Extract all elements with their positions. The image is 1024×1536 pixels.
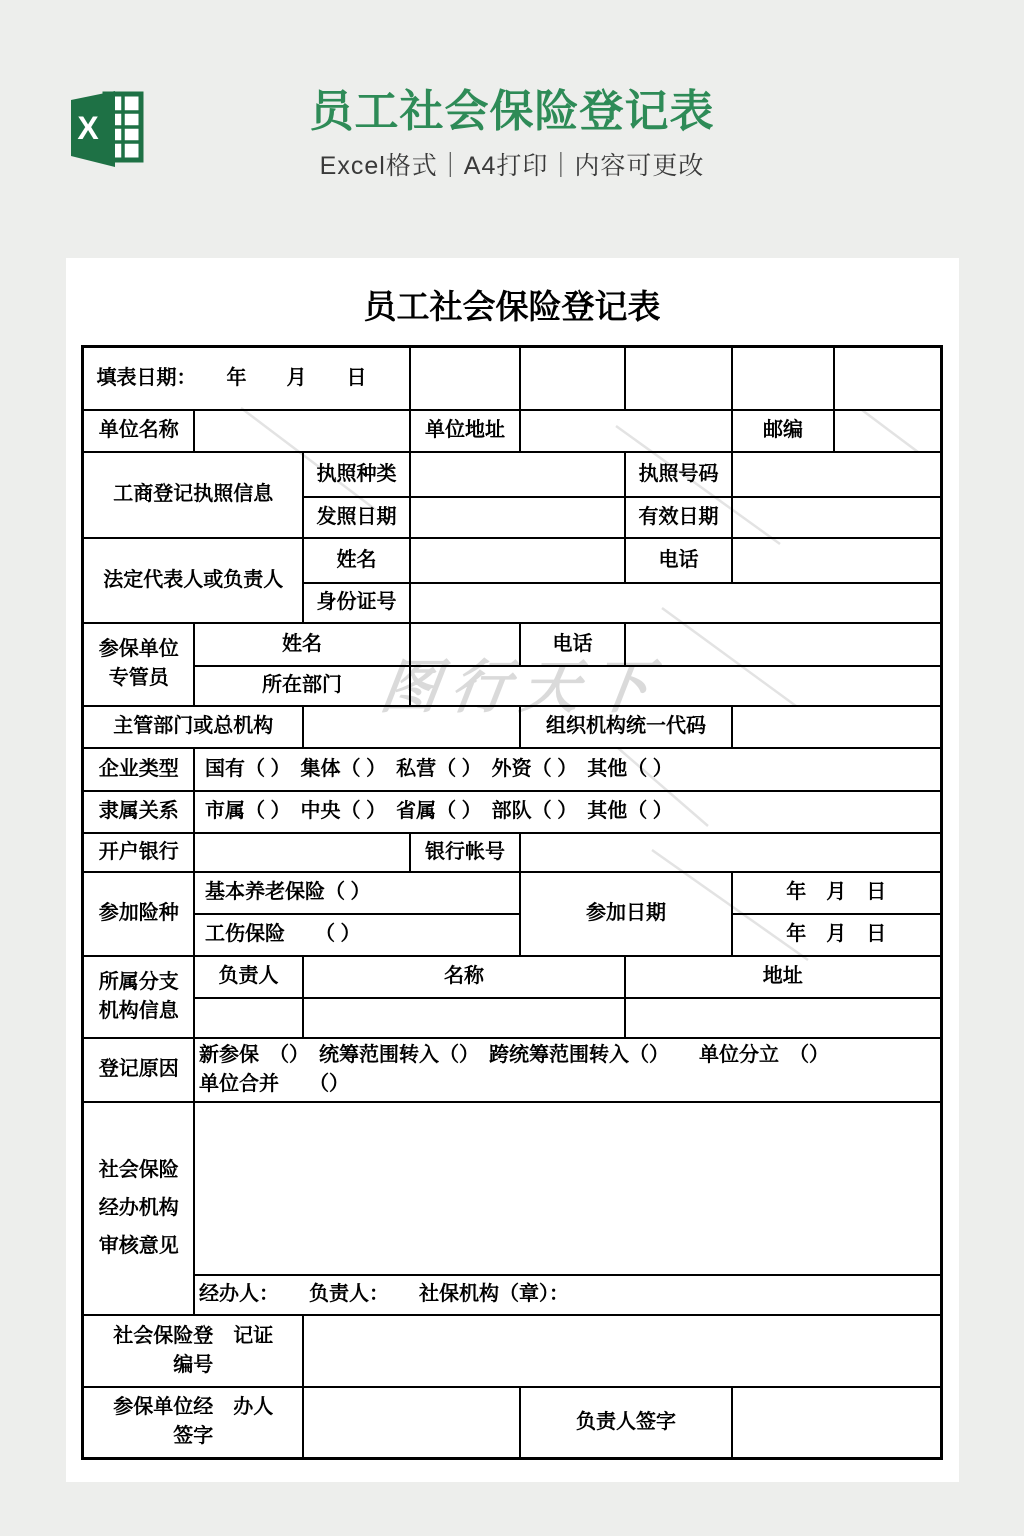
input-cell-org-code[interactable] bbox=[732, 706, 941, 748]
input-cell-branch-address[interactable] bbox=[625, 998, 941, 1038]
input-cell[interactable] bbox=[625, 347, 732, 410]
input-cell-unit-name[interactable] bbox=[194, 410, 410, 452]
label-unit-name: 单位名称 bbox=[83, 410, 194, 452]
row-authority: 主管部门或总机构 组织机构统一代码 bbox=[83, 706, 941, 748]
input-cell-review-opinion[interactable] bbox=[194, 1102, 941, 1275]
label-affiliation: 隶属关系 bbox=[83, 791, 194, 833]
label-insurance-type: 参加险种 bbox=[83, 872, 194, 956]
page-subtitle: Excel格式｜A4打印｜内容可更改 bbox=[0, 146, 1024, 182]
label-branch-info: 所属分支 机构信息 bbox=[83, 956, 194, 1038]
form-title: 员工社会保险登记表 bbox=[66, 258, 959, 345]
label-unit-signer: 参保单位经 办人 签字 bbox=[83, 1387, 303, 1459]
label-specialist: 参保单位 专管员 bbox=[83, 623, 194, 706]
label-reason: 登记原因 bbox=[83, 1038, 194, 1102]
row-bank: 开户银行 银行帐号 bbox=[83, 833, 941, 872]
options-affiliation[interactable]: 市属（ ） 中央（ ） 省属（ ） 部队（ ） 其他（ ） bbox=[194, 791, 941, 833]
input-cell-authority[interactable] bbox=[303, 706, 520, 748]
input-cell-cert-no[interactable] bbox=[303, 1315, 941, 1387]
row-fill-date: 填表日期： 年 月 日 bbox=[83, 347, 941, 410]
label-postal-code: 邮编 bbox=[732, 410, 834, 452]
input-cell-postal-code[interactable] bbox=[834, 410, 941, 452]
input-cell-name[interactable] bbox=[410, 538, 625, 583]
svg-text:X: X bbox=[77, 110, 99, 146]
input-cell-unit-address[interactable] bbox=[520, 410, 732, 452]
label-authority: 主管部门或总机构 bbox=[83, 706, 303, 748]
date-cell-injury[interactable]: 年 月 日 bbox=[732, 914, 941, 956]
page-header: X 员工社会保险登记表 Excel格式｜A4打印｜内容可更改 bbox=[0, 0, 1024, 258]
input-cell-id-no[interactable] bbox=[410, 583, 941, 623]
input-cell-license-no[interactable] bbox=[732, 452, 941, 497]
label-branch-name: 名称 bbox=[303, 956, 625, 998]
input-cell-bank-account[interactable] bbox=[520, 833, 941, 872]
option-injury[interactable]: 工伤保险 （ ） bbox=[194, 914, 520, 956]
input-cell[interactable] bbox=[520, 347, 625, 410]
row-specialist-2: 所在部门 bbox=[83, 666, 941, 706]
input-cell-bank[interactable] bbox=[194, 833, 410, 872]
label-license-info: 工商登记执照信息 bbox=[83, 452, 303, 538]
input-cell-phone[interactable] bbox=[625, 623, 941, 666]
input-cell-head-signature[interactable] bbox=[732, 1387, 941, 1459]
row-license-1: 工商登记执照信息 执照种类 执照号码 bbox=[83, 452, 941, 497]
row-reason: 登记原因 新参保 （） 统筹范围转入（） 跨统筹范围转入（） 单位分立 （） 单… bbox=[83, 1038, 941, 1102]
input-cell-valid-date[interactable] bbox=[732, 497, 941, 538]
label-valid-date: 有效日期 bbox=[625, 497, 732, 538]
input-cell-issue-date[interactable] bbox=[410, 497, 625, 538]
input-cell-license-type[interactable] bbox=[410, 452, 625, 497]
row-unit: 单位名称 单位地址 邮编 bbox=[83, 410, 941, 452]
row-review-2: 经办人： 负责人： 社保机构（章）： bbox=[83, 1275, 941, 1315]
page-title: 员工社会保险登记表 bbox=[0, 88, 1024, 136]
label-cert-no: 社会保险登 记证 编号 bbox=[83, 1315, 303, 1387]
date-cell-pension[interactable]: 年 月 日 bbox=[732, 872, 941, 914]
row-signature: 参保单位经 办人 签字 负责人签字 bbox=[83, 1387, 941, 1459]
row-insurance-1: 参加险种 基本养老保险（ ） 参加日期 年 月 日 bbox=[83, 872, 941, 914]
option-pension[interactable]: 基本养老保险（ ） bbox=[194, 872, 520, 914]
input-cell[interactable] bbox=[732, 347, 834, 410]
excel-logo-icon: X bbox=[63, 86, 149, 172]
registration-form-table: 填表日期： 年 月 日 单位名称 单位地址 邮编 工商登记执照信息 执照种类 执 bbox=[81, 345, 942, 1460]
options-enterprise-type[interactable]: 国有（ ） 集体（ ） 私营（ ） 外资（ ） 其他（ ） bbox=[194, 748, 941, 791]
label-review-opinion: 社会保险 经办机构 审核意见 bbox=[83, 1102, 194, 1315]
row-enterprise-type: 企业类型 国有（ ） 集体（ ） 私营（ ） 外资（ ） 其他（ ） bbox=[83, 748, 941, 791]
label-branch-address: 地址 bbox=[625, 956, 941, 998]
row-review-1: 社会保险 经办机构 审核意见 bbox=[83, 1102, 941, 1275]
options-reason[interactable]: 新参保 （） 统筹范围转入（） 跨统筹范围转入（） 单位分立 （） 单位合并 （… bbox=[194, 1038, 941, 1102]
label-fill-date: 填表日期： 年 月 日 bbox=[83, 347, 410, 410]
row-insurance-2: 工伤保险 （ ） 年 月 日 bbox=[83, 914, 941, 956]
row-cert-no: 社会保险登 记证 编号 bbox=[83, 1315, 941, 1387]
label-phone: 电话 bbox=[625, 538, 732, 583]
label-unit-address: 单位地址 bbox=[410, 410, 520, 452]
row-branch-1: 所属分支 机构信息 负责人 名称 地址 bbox=[83, 956, 941, 998]
label-org-code: 组织机构统一代码 bbox=[520, 706, 732, 748]
row-branch-2 bbox=[83, 998, 941, 1038]
input-cell[interactable] bbox=[410, 347, 520, 410]
label-department: 所在部门 bbox=[194, 666, 410, 706]
label-name: 姓名 bbox=[194, 623, 410, 666]
label-bank: 开户银行 bbox=[83, 833, 194, 872]
label-name: 姓名 bbox=[303, 538, 410, 583]
label-enterprise-type: 企业类型 bbox=[83, 748, 194, 791]
input-cell-department[interactable] bbox=[410, 666, 941, 706]
input-cell-unit-signer[interactable] bbox=[303, 1387, 520, 1459]
label-join-date: 参加日期 bbox=[520, 872, 732, 956]
label-id-no: 身份证号 bbox=[303, 583, 410, 623]
label-branch-head: 负责人 bbox=[194, 956, 303, 998]
input-cell-branch-head[interactable] bbox=[194, 998, 303, 1038]
label-head-signature: 负责人签字 bbox=[520, 1387, 732, 1459]
row-legal-rep-1: 法定代表人或负责人 姓名 电话 bbox=[83, 538, 941, 583]
label-phone: 电话 bbox=[520, 623, 625, 666]
input-cell-name[interactable] bbox=[410, 623, 520, 666]
label-issue-date: 发照日期 bbox=[303, 497, 410, 538]
row-specialist-1: 参保单位 专管员 姓名 电话 bbox=[83, 623, 941, 666]
label-license-no: 执照号码 bbox=[625, 452, 732, 497]
row-affiliation: 隶属关系 市属（ ） 中央（ ） 省属（ ） 部队（ ） 其他（ ） bbox=[83, 791, 941, 833]
input-cell-phone[interactable] bbox=[732, 538, 941, 583]
form-sheet: 图行天下 员工社会保险登记表 填表日期： 年 月 日 单位名称 单位地址 邮编 bbox=[66, 258, 959, 1482]
input-cell-branch-name[interactable] bbox=[303, 998, 625, 1038]
label-license-type: 执照种类 bbox=[303, 452, 410, 497]
label-legal-rep: 法定代表人或负责人 bbox=[83, 538, 303, 623]
review-sign-line: 经办人： 负责人： 社保机构（章）： bbox=[194, 1275, 941, 1315]
label-bank-account: 银行帐号 bbox=[410, 833, 520, 872]
input-cell[interactable] bbox=[834, 347, 941, 410]
